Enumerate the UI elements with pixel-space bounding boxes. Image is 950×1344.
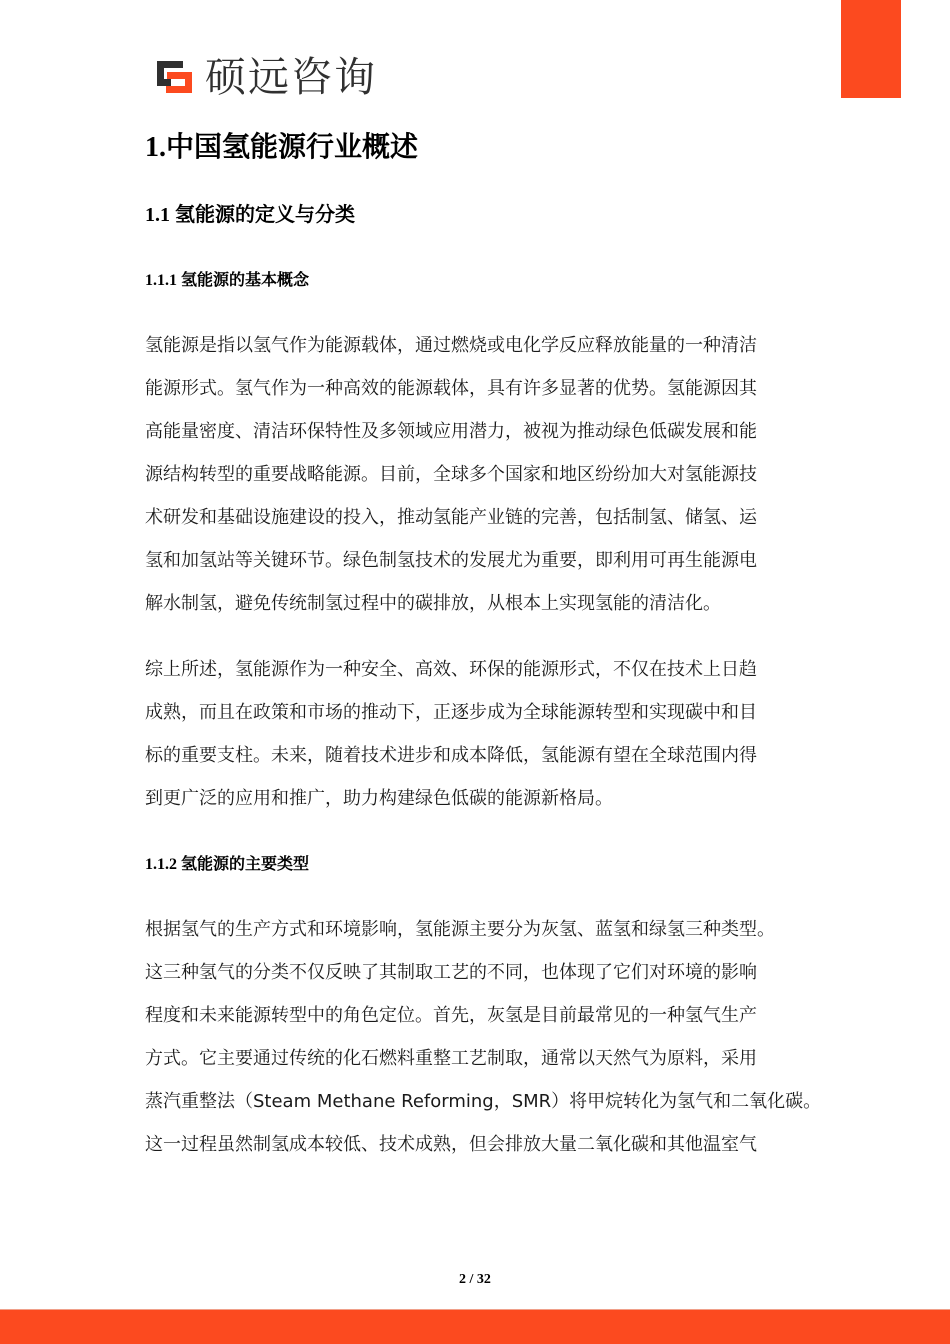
brand-logo: 硕远咨询 (155, 55, 377, 99)
text-line: 成熟，而且在政策和市场的推动下，正逐步成为全球能源转型和实现碳中和目 (145, 691, 810, 734)
chapter-heading: 1.中国氢能源行业概述 (145, 128, 418, 168)
text-line: 综上所述，氢能源作为一种安全、高效、环保的能源形式，不仅在技术上日趋 (145, 648, 810, 691)
page-number: 2 / 32 (0, 1272, 950, 1288)
section-heading-1-1: 1.1 氢能源的定义与分类 (145, 200, 355, 230)
corner-accent-tab (841, 0, 901, 98)
text-line: 高能量密度、清洁环保特性及多领域应用潜力，被视为推动绿色低碳发展和能 (145, 410, 810, 453)
paragraph-basic-concept: 氢能源是指以氢气作为能源载体，通过燃烧或电化学反应释放能量的一种清洁 能源形式。… (145, 324, 810, 625)
text-line: 蒸汽重整法（Steam Methane Reforming，SMR）将甲烷转化为… (145, 1080, 810, 1123)
text-line: 方式。它主要通过传统的化石燃料重整工艺制取，通常以天然气为原料，采用 (145, 1037, 810, 1080)
text-line: 根据氢气的生产方式和环境影响，氢能源主要分为灰氢、蓝氢和绿氢三种类型。 (145, 908, 810, 951)
text-line: 解水制氢，避免传统制氢过程中的碳排放，从根本上实现氢能的清洁化。 (145, 582, 810, 625)
text-line: 源结构转型的重要战略能源。目前，全球多个国家和地区纷纷加大对氢能源技 (145, 453, 810, 496)
text-line: 氢和加氢站等关键环节。绿色制氢技术的发展尤为重要，即利用可再生能源电 (145, 539, 810, 582)
subsection-heading-1-1-1: 1.1.1 氢能源的基本概念 (145, 268, 309, 294)
text-line: 术研发和基础设施建设的投入，推动氢能产业链的完善，包括制氢、储氢、运 (145, 496, 810, 539)
text-line: 这三种氢气的分类不仅反映了其制取工艺的不同，也体现了它们对环境的影响 (145, 951, 810, 994)
text-line: 标的重要支柱。未来，随着技术进步和成本降低，氢能源有望在全球范围内得 (145, 734, 810, 777)
paragraph-summary: 综上所述，氢能源作为一种安全、高效、环保的能源形式，不仅在技术上日趋 成熟，而且… (145, 648, 810, 820)
footer-accent-bar (0, 1309, 950, 1344)
text-line: 程度和未来能源转型中的角色定位。首先，灰氢是目前最常见的一种氢气生产 (145, 994, 810, 1037)
text-line: 这一过程虽然制氢成本较低、技术成熟，但会排放大量二氧化碳和其他温室气 (145, 1123, 810, 1166)
logo-mark-icon (155, 57, 195, 97)
text-line: 能源形式。氢气作为一种高效的能源载体，具有许多显著的优势。氢能源因其 (145, 367, 810, 410)
subsection-heading-1-1-2: 1.1.2 氢能源的主要类型 (145, 852, 309, 878)
paragraph-main-types: 根据氢气的生产方式和环境影响，氢能源主要分为灰氢、蓝氢和绿氢三种类型。 这三种氢… (145, 908, 810, 1166)
text-line: 到更广泛的应用和推广，助力构建绿色低碳的能源新格局。 (145, 777, 810, 820)
brand-name: 硕远咨询 (205, 55, 377, 99)
text-line: 氢能源是指以氢气作为能源载体，通过燃烧或电化学反应释放能量的一种清洁 (145, 324, 810, 367)
